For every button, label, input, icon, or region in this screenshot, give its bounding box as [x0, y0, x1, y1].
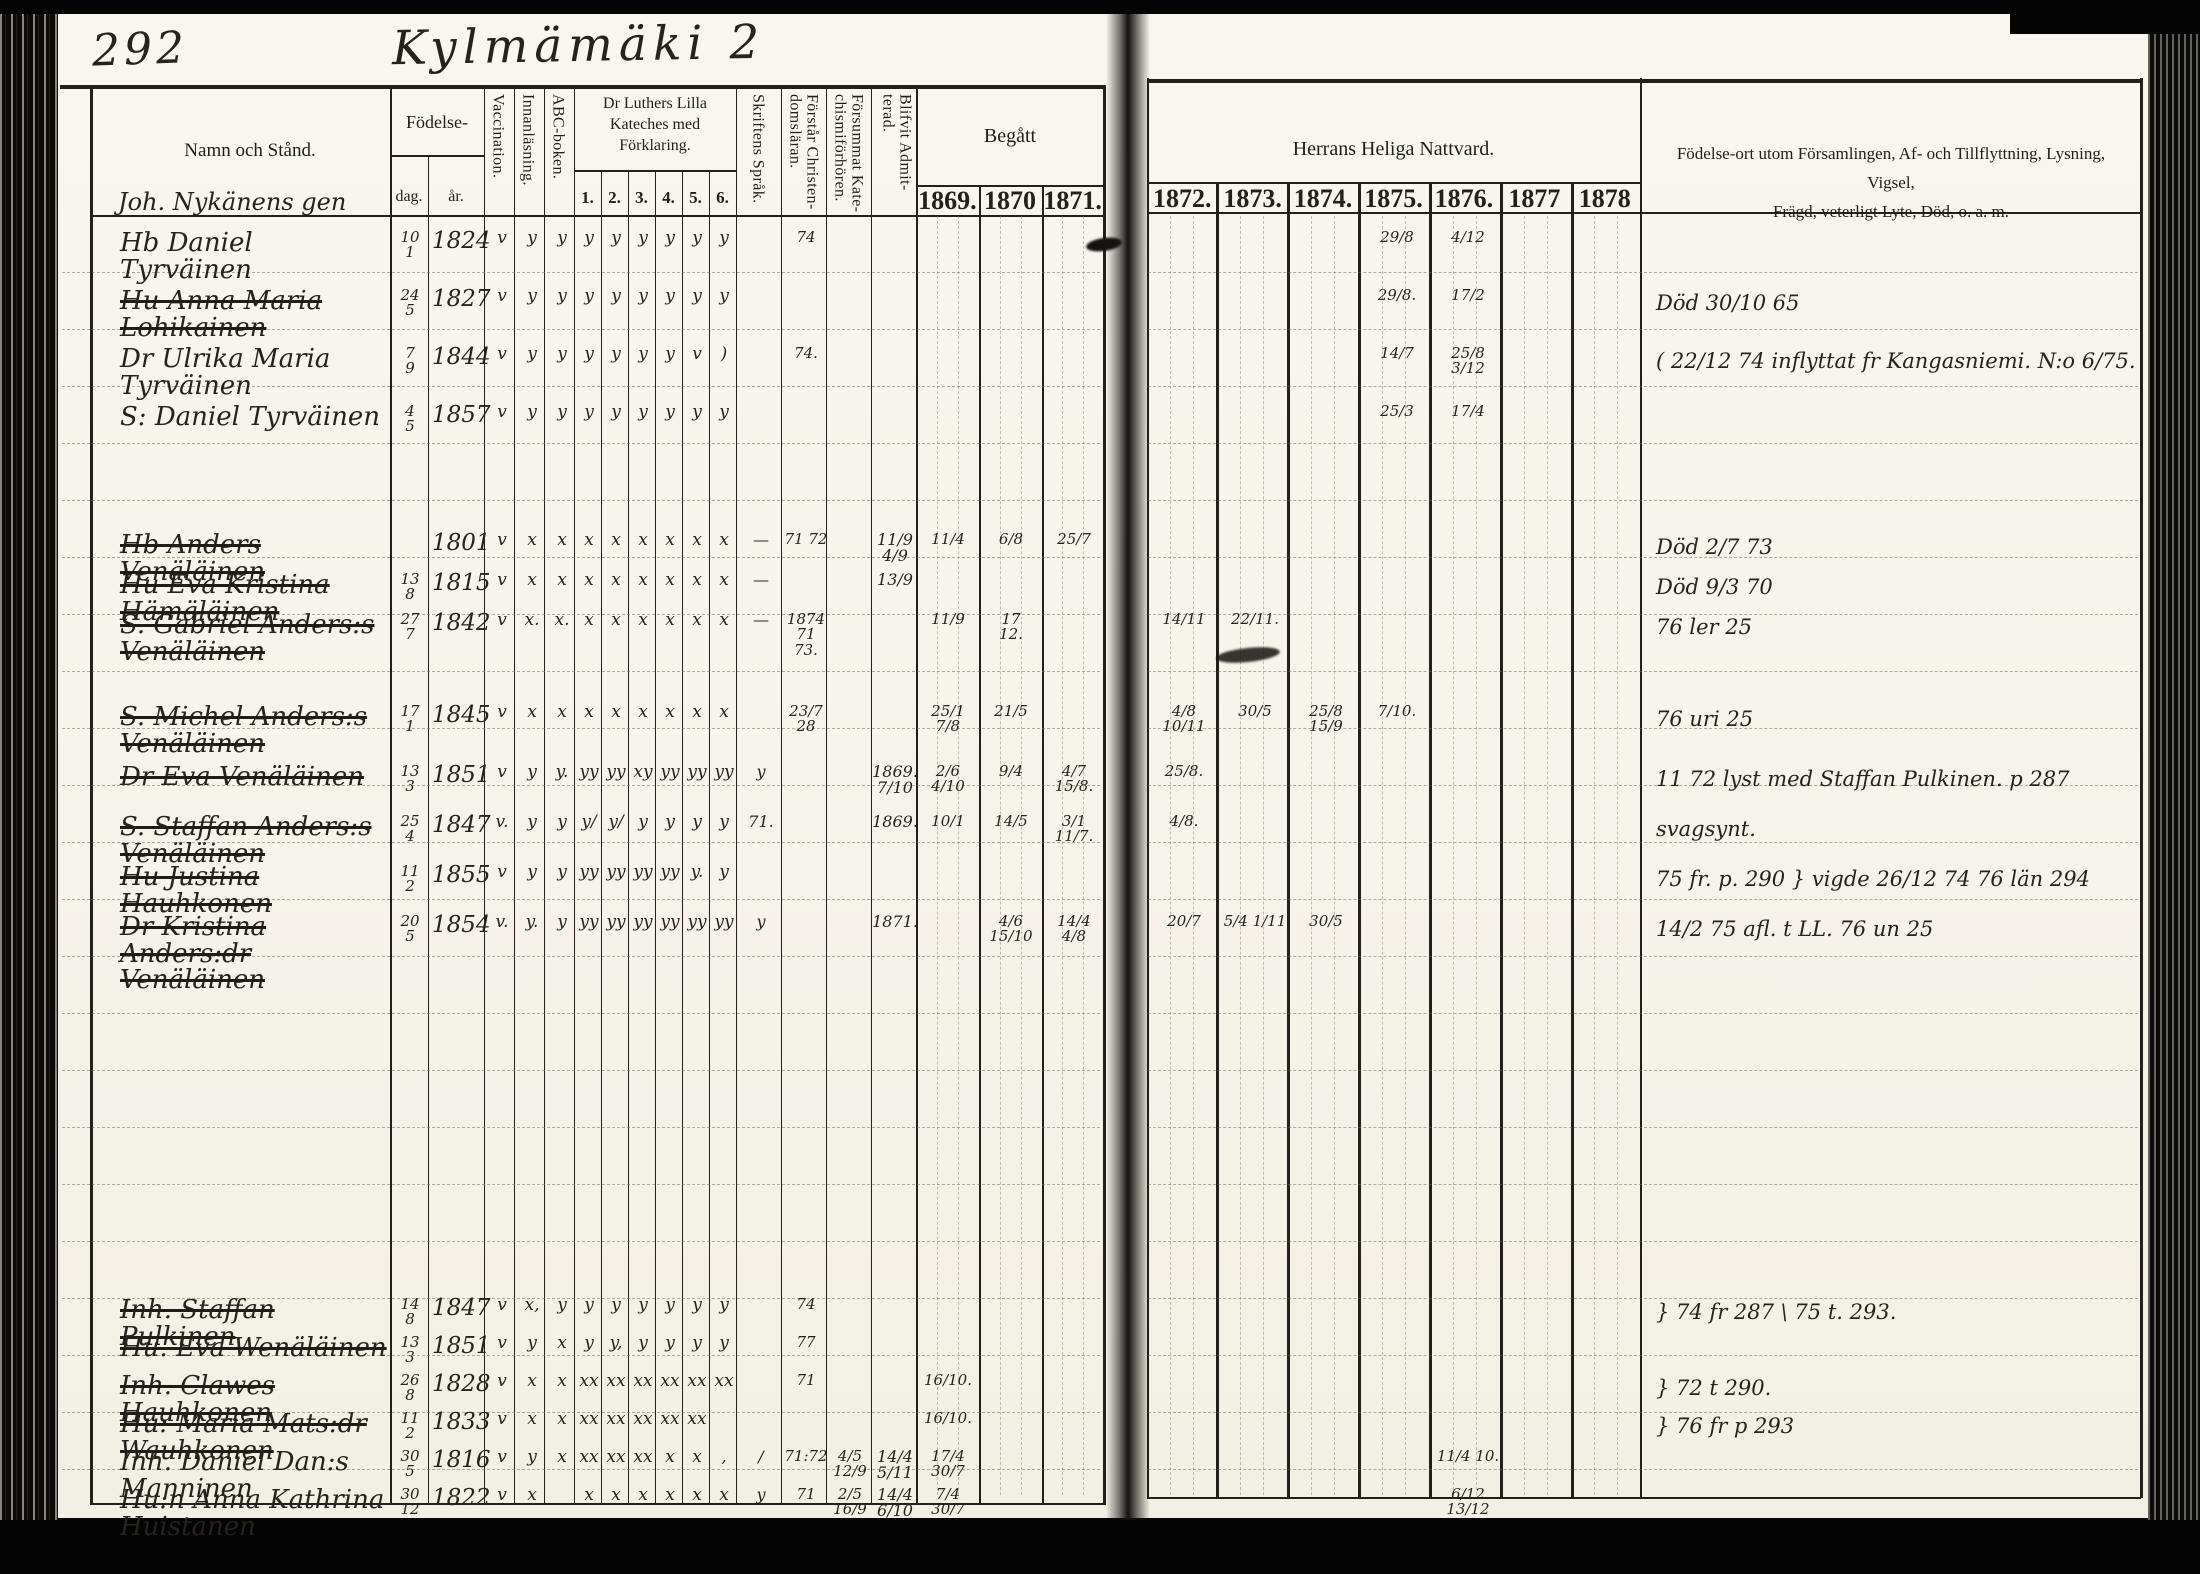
top-right-black-corner	[2010, 0, 2200, 34]
communion-1871: 25/7	[1044, 532, 1104, 547]
table-row: S. Staffan Anders:s Venäläinen 25 4 1847…	[60, 810, 2142, 860]
catechism-mark-3: y	[630, 288, 656, 305]
table-row: Hu Eva Kristina Hämäläinen 13 8 1815 v x…	[60, 568, 2142, 608]
abc-book-mark: x	[548, 572, 576, 589]
missed-exams-mark: 2/5 16/9	[828, 1487, 872, 1518]
catechism-mark-5: x	[684, 532, 710, 549]
understands-doctrine-mark: 1874 71 73.	[784, 612, 828, 658]
vaccination-mark: v	[488, 1411, 516, 1428]
reading-mark: y	[518, 1335, 546, 1352]
grid-line	[1148, 500, 2138, 501]
abc-book-mark: x	[548, 1411, 576, 1428]
catechism-mark-2: xx	[603, 1373, 629, 1390]
abc-book-mark: x	[548, 1335, 576, 1352]
reading-mark: y	[518, 764, 546, 781]
understands-doctrine-mark: 74	[784, 230, 828, 245]
catechism-mark-1: y	[576, 1297, 602, 1314]
grid-line	[1148, 1070, 2138, 1071]
catechism-mark-1: y/	[576, 814, 602, 831]
person-name: Hu Anna Maria Lohikainen	[120, 288, 390, 341]
grid-line	[574, 170, 737, 172]
catechism-mark-5: x	[684, 704, 710, 721]
vaccination-mark: v	[488, 612, 516, 629]
catechism-mark-1: yy	[576, 764, 602, 781]
abc-book-mark: x	[548, 1373, 576, 1390]
column-header-abc-book: ABC-boken.	[549, 94, 566, 214]
catechism-mark-3: xx	[630, 1449, 656, 1466]
catechism-mark-5: y.	[684, 864, 710, 881]
catechism-mark-5: x	[684, 572, 710, 589]
catechism-mark-5: yy	[684, 764, 710, 781]
catechism-part-number: 2.	[601, 188, 628, 208]
birth-year: 1833	[432, 1411, 486, 1434]
vaccination-mark: v	[488, 1487, 516, 1504]
communion-1875: 29/8	[1363, 230, 1431, 245]
catechism-mark-4: y	[657, 346, 683, 363]
catechism-mark-4: x	[657, 704, 683, 721]
vaccination-mark: v	[488, 1297, 516, 1314]
marginal-note: Död 2/7 73	[1656, 532, 2142, 564]
vaccination-mark: v	[488, 288, 516, 305]
marginal-note: Död 9/3 70	[1656, 572, 2142, 604]
top-black-margin	[0, 0, 2200, 14]
year-label: 1875.	[1358, 184, 1428, 214]
communion-1872: 25/8.	[1150, 764, 1218, 779]
marginal-note: svagsynt.	[1656, 814, 2142, 846]
abc-book-mark: y.	[548, 764, 576, 781]
catechism-part-number: 1.	[574, 188, 601, 208]
person-name: Hu:n Anna Kathrina Huistanen	[120, 1487, 390, 1540]
vaccination-mark: v.	[488, 914, 516, 931]
communion-1871: 3/1 11/7.	[1044, 814, 1104, 845]
person-name: S. Michel Anders:s Venäläinen	[120, 704, 390, 757]
birth-day: 25 4	[390, 814, 430, 845]
birth-day: 13 3	[390, 1335, 430, 1366]
communion-1871: 14/4 4/8	[1044, 914, 1104, 945]
catechism-mark-1: xx	[576, 1449, 602, 1466]
catechism-mark-6: yy	[711, 764, 737, 781]
catechism-mark-5: y	[684, 288, 710, 305]
understands-doctrine-mark: 74	[784, 1297, 828, 1312]
reading-mark: x	[518, 1373, 546, 1390]
catechism-mark-2: xx	[603, 1411, 629, 1428]
vaccination-mark: v	[488, 704, 516, 721]
reading-mark: x,	[518, 1297, 546, 1314]
understands-doctrine-mark: 77	[784, 1335, 828, 1350]
catechism-mark-1: y	[576, 404, 602, 421]
scripture-language-mark: y	[740, 1487, 782, 1503]
column-header-missed-exams: Försummat Kate- chismiförhören.	[831, 94, 866, 214]
table-row: Inh. Daniel Dan:s Manninen 30 5 1816 v y…	[60, 1445, 2142, 1483]
marginal-note: } 76 fr p 293	[1656, 1411, 2142, 1443]
birth-year: 1845	[432, 704, 486, 727]
catechism-mark-2: yy	[603, 764, 629, 781]
catechism-part-number: 5.	[682, 188, 709, 208]
abc-book-mark: x.	[548, 612, 576, 629]
birth-year: 1851	[432, 1335, 486, 1358]
birth-year: 1827	[432, 288, 486, 311]
birth-day: 13 8	[390, 572, 430, 603]
table-row: Hb Anders Venäläinen 1801 v x x x x x x …	[60, 528, 2142, 568]
table-row: Inh. Clawes Hauhkonen 26 8 1828 v x x xx…	[60, 1369, 2142, 1407]
scripture-language-mark: /	[740, 1449, 782, 1465]
marginal-note: } 72 t 290.	[1656, 1373, 2142, 1405]
catechism-part-number: 4.	[655, 188, 682, 208]
communion-1876: 17/4	[1434, 404, 1502, 419]
communion-1869: 11/4	[918, 532, 978, 547]
catechism-mark-4: xx	[657, 1411, 683, 1428]
communion-1869: 11/9	[918, 612, 978, 627]
abc-book-mark: x	[548, 704, 576, 721]
communion-1874: 25/8 15/9	[1292, 704, 1360, 735]
table-row: Dr Eva Venäläinen 13 3 1851 v y y. yy yy…	[60, 760, 2142, 810]
year-label: 1869.	[916, 186, 979, 216]
catechism-mark-6: x	[711, 572, 737, 589]
person-name: Dr Ulrika Maria Tyrväinen	[120, 346, 390, 399]
vaccination-mark: v	[488, 764, 516, 781]
catechism-mark-6: y	[711, 1297, 737, 1314]
understands-doctrine-mark: 71	[784, 1487, 828, 1502]
communion-1870: 21/5	[981, 704, 1041, 719]
year-label: 1871.	[1041, 186, 1104, 216]
abc-book-mark: y	[548, 914, 576, 931]
communion-1869: 2/6 4/10	[918, 764, 978, 795]
catechism-mark-2: y	[603, 288, 629, 305]
column-header-name: Namn och Stånd.	[120, 140, 380, 162]
table-row: S. Gabriel Anders:s Venäläinen 27 7 1842…	[60, 608, 2142, 648]
vaccination-mark: v	[488, 572, 516, 589]
abc-book-mark: y	[548, 404, 576, 421]
admitted-mark: 14/4 5/11	[872, 1449, 918, 1482]
birth-year: 1847	[432, 1297, 486, 1320]
communion-1870: 17 12.	[981, 612, 1041, 643]
communion-1870: 9/4	[981, 764, 1041, 779]
reading-mark: x	[518, 704, 546, 721]
household-group-3: Dr Eva Venäläinen 13 3 1851 v y y. yy yy…	[60, 760, 2142, 960]
communion-1869: 7/4 30/7	[918, 1487, 978, 1518]
table-row: S. Michel Anders:s Venäläinen 17 1 1845 …	[60, 700, 2142, 740]
admitted-mark: 1869. 7/10	[872, 764, 918, 797]
catechism-mark-5: y	[684, 814, 710, 831]
book-binding-edge	[0, 0, 58, 1574]
communion-1875: 14/7	[1363, 346, 1431, 361]
catechism-mark-5: y	[684, 230, 710, 247]
catechism-mark-5: x	[684, 612, 710, 629]
vaccination-mark: v	[488, 346, 516, 363]
abc-book-mark: x	[548, 1449, 576, 1466]
scripture-language-mark: —	[740, 612, 782, 628]
marginal-note: 76 ler 25	[1656, 612, 2142, 644]
grid-line	[62, 1241, 1100, 1242]
catechism-mark-4: xx	[657, 1373, 683, 1390]
communion-1876: 4/12	[1434, 230, 1502, 245]
scripture-language-mark: —	[740, 572, 782, 588]
catechism-mark-2: yy	[603, 864, 629, 881]
grid-line	[62, 1184, 1100, 1185]
catechism-mark-5: v	[684, 346, 710, 363]
table-row: S: Daniel Tyrväinen 4 5 1857 v y y y y y…	[60, 400, 2142, 458]
marginal-note: 14/2 75 afl. t LL. 76 un 25	[1656, 914, 2142, 946]
column-header-understands-doctrine: Förstår Christen- domsläran.	[786, 94, 821, 214]
year-label: 1878	[1570, 184, 1640, 214]
communion-1869: 16/10.	[918, 1373, 978, 1388]
reading-mark: y	[518, 230, 546, 247]
column-header-vaccination: Vaccination.	[489, 94, 506, 214]
communion-1873: 30/5	[1221, 704, 1289, 719]
catechism-mark-3: y	[630, 404, 656, 421]
catechism-mark-5: x	[684, 1487, 710, 1504]
catechism-mark-6: y	[711, 1335, 737, 1352]
person-name: Dr Eva Venäläinen	[120, 764, 390, 791]
reading-mark: x	[518, 1487, 546, 1504]
table-row: Hb Daniel Tyrväinen 10 1 1824 v y y y y …	[60, 226, 2142, 284]
table-row: Hu. Eva Wenäläinen 13 3 1851 v y x y y, …	[60, 1331, 2142, 1369]
birth-day: 30 5	[390, 1449, 430, 1480]
communion-1872: 14/11	[1150, 612, 1218, 627]
catechism-mark-5: xx	[684, 1411, 710, 1428]
catechism-mark-6: yy	[711, 914, 737, 931]
catechism-mark-2: yy	[603, 914, 629, 931]
catechism-mark-3: yy	[630, 914, 656, 931]
birth-year: 1854	[432, 914, 486, 937]
catechism-mark-3: y	[630, 1297, 656, 1314]
catechism-mark-4: y	[657, 404, 683, 421]
column-header-communion-taken: Begått	[916, 125, 1104, 148]
communion-1872: 4/8 10/11	[1150, 704, 1218, 735]
catechism-mark-6: xx	[711, 1373, 737, 1390]
communion-1875: 25/3	[1363, 404, 1431, 419]
catechism-mark-3: x	[630, 1487, 656, 1504]
birth-year: 1842	[432, 612, 486, 635]
communion-1871: 4/7 15/8.	[1044, 764, 1104, 795]
scripture-language-mark: y	[740, 764, 782, 780]
vaccination-mark: v	[488, 1449, 516, 1466]
year-label: 1877	[1499, 184, 1569, 214]
grid-line	[1148, 1127, 2138, 1128]
column-header-catechism: Dr Luthers Lilla Kateches med Förklaring…	[576, 94, 734, 156]
column-header-holy-communion: Herrans Heliga Nattvard.	[1147, 138, 1640, 161]
catechism-mark-4: x	[657, 612, 683, 629]
understands-doctrine-mark: 71 72	[784, 532, 828, 547]
scanned-church-record-page: 292 Kylmämäki 2 Namn och Stånd. Födelse-…	[0, 0, 2200, 1574]
birth-day: 17 1	[390, 704, 430, 735]
table-row: Inh. Staffan Pulkinen 14 8 1847 v x, y y…	[60, 1293, 2142, 1331]
household-heading: Joh. Nykänens gen	[118, 188, 346, 216]
communion-1872: 20/7	[1150, 914, 1218, 929]
missed-exams-mark: 4/5 12/9	[828, 1449, 872, 1480]
catechism-mark-4: x	[657, 1449, 683, 1466]
catechism-mark-6: x	[711, 532, 737, 549]
grid-line	[1148, 1241, 2138, 1242]
catechism-mark-4: x	[657, 532, 683, 549]
reading-mark: x	[518, 532, 546, 549]
vaccination-mark: v	[488, 1373, 516, 1390]
catechism-mark-2: x	[603, 704, 629, 721]
household-group-2: Hb Anders Venäläinen 1801 v x x x x x x …	[60, 528, 2142, 740]
admitted-mark: 1869.	[872, 814, 918, 830]
catechism-mark-2: x	[603, 572, 629, 589]
person-name: Hu. Eva Wenäläinen	[120, 1335, 390, 1362]
catechism-mark-3: x	[630, 572, 656, 589]
understands-doctrine-mark: 74.	[784, 346, 828, 361]
table-row: Dr Kristina Anders:dr Venäläinen 20 5 18…	[60, 910, 2142, 960]
abc-book-mark: x	[548, 532, 576, 549]
table-row: Dr Ulrika Maria Tyrväinen 7 9 1844 v y y…	[60, 342, 2142, 400]
communion-1876: 6/12 13/12	[1434, 1487, 1502, 1518]
catechism-mark-2: x	[603, 532, 629, 549]
catechism-mark-2: y	[603, 230, 629, 247]
reading-mark: x	[518, 572, 546, 589]
birth-year: 1857	[432, 404, 486, 427]
communion-1876: 17/2	[1434, 288, 1502, 303]
column-header-day: dag.	[390, 188, 428, 206]
birth-day: 11 2	[390, 864, 430, 895]
catechism-mark-2: y,	[603, 1335, 629, 1352]
person-name: S: Daniel Tyrväinen	[120, 404, 390, 431]
catechism-mark-4: y	[657, 1335, 683, 1352]
catechism-mark-5: y	[684, 404, 710, 421]
admitted-mark: 13/9	[872, 572, 918, 588]
communion-years-left: 1869.18701871.	[916, 186, 1104, 216]
communion-1873: 5/4 1/11	[1221, 914, 1289, 929]
catechism-part-number: 6.	[709, 188, 736, 208]
table-row: Hu Justina Hauhkonen 11 2 1855 v y y yy …	[60, 860, 2142, 910]
abc-book-mark: y	[548, 346, 576, 363]
catechism-mark-1: y	[576, 346, 602, 363]
catechism-mark-4: yy	[657, 764, 683, 781]
catechism-mark-1: x	[576, 1487, 602, 1504]
communion-1870: 4/6 15/10	[981, 914, 1041, 945]
catechism-mark-6: y	[711, 864, 737, 881]
reading-mark: y	[518, 404, 546, 421]
catechism-mark-6: y	[711, 404, 737, 421]
person-name: Hb Daniel Tyrväinen	[120, 230, 390, 283]
vaccination-mark: v.	[488, 814, 516, 831]
birth-year: 1822	[432, 1487, 486, 1510]
catechism-mark-1: xx	[576, 1373, 602, 1390]
year-label: 1876.	[1429, 184, 1499, 214]
catechism-mark-2: y/	[603, 814, 629, 831]
grid-line	[1147, 79, 2143, 83]
catechism-mark-3: y	[630, 814, 656, 831]
communion-1869: 17/4 30/7	[918, 1449, 978, 1480]
birth-day: 4 5	[390, 404, 430, 435]
birth-year: 1851	[432, 764, 486, 787]
admitted-mark: 14/4 6/10	[872, 1487, 918, 1520]
catechism-mark-6: x	[711, 1487, 737, 1504]
birth-day: 13 3	[390, 764, 430, 795]
communion-1876: 25/8 3/12	[1434, 346, 1502, 377]
scripture-language-mark: 71.	[740, 814, 782, 830]
communion-1872: 4/8.	[1150, 814, 1218, 829]
column-header-scripture-language: Skriftens Språk.	[749, 94, 766, 214]
reading-mark: y	[518, 864, 546, 881]
table-row: Hu: Maria Mats:dr Wauhkonen 11 2 1833 v …	[60, 1407, 2142, 1445]
column-header-reading: Innanläsning.	[519, 94, 536, 214]
admitted-mark: 11/9 4/9	[872, 532, 918, 565]
catechism-mark-1: yy	[576, 914, 602, 931]
table-row: Hu Anna Maria Lohikainen 24 5 1827 v y y…	[60, 284, 2142, 342]
reading-mark: x	[518, 1411, 546, 1428]
birth-year: 1816	[432, 1449, 486, 1472]
birth-year: 1855	[432, 864, 486, 887]
birth-day: 10 1	[390, 230, 430, 261]
catechism-mark-3: yy	[630, 864, 656, 881]
catechism-mark-6: x	[711, 612, 737, 629]
catechism-mark-1: x	[576, 532, 602, 549]
birth-day: 30 12	[390, 1487, 430, 1518]
year-label: 1873.	[1217, 184, 1287, 214]
catechism-mark-4: y	[657, 288, 683, 305]
admitted-mark: 1871.	[872, 914, 918, 930]
marginal-note: 75 fr. p. 290 } vigde 26/12 74 76 län 29…	[1656, 864, 2142, 896]
communion-1870: 14/5	[981, 814, 1041, 829]
grid-line	[1148, 1013, 2138, 1014]
vaccination-mark: v	[488, 404, 516, 421]
understands-doctrine-mark: 71	[784, 1373, 828, 1388]
catechism-mark-1: x	[576, 704, 602, 721]
catechism-mark-5: xx	[684, 1373, 710, 1390]
birth-day: 7 9	[390, 346, 430, 377]
household-group-4: Inh. Staffan Pulkinen 14 8 1847 v x, y y…	[60, 1293, 2142, 1521]
marginal-note: 11 72 lyst med Staffan Pulkinen. p 287	[1656, 764, 2142, 796]
catechism-mark-2: x	[603, 612, 629, 629]
catechism-mark-6: y	[711, 288, 737, 305]
catechism-mark-2: xx	[603, 1449, 629, 1466]
communion-1869: 16/10.	[918, 1411, 978, 1426]
grid-line	[62, 1127, 1100, 1128]
grid-line	[60, 85, 1105, 89]
catechism-mark-5: yy	[684, 914, 710, 931]
catechism-mark-3: xx	[630, 1373, 656, 1390]
catechism-subcolumns: 1.2.3.4.5.6.	[574, 188, 736, 208]
vaccination-mark: v	[488, 864, 516, 881]
birth-day: 26 8	[390, 1373, 430, 1404]
catechism-mark-4: y	[657, 230, 683, 247]
catechism-mark-3: y	[630, 346, 656, 363]
catechism-mark-1: x	[576, 572, 602, 589]
communion-1874: 30/5	[1292, 914, 1360, 929]
person-name: S. Gabriel Anders:s Venäläinen	[120, 612, 390, 665]
catechism-mark-4: yy	[657, 914, 683, 931]
right-page-edge	[2148, 0, 2200, 1574]
birth-year: 1801	[432, 532, 486, 555]
catechism-mark-4: y	[657, 1297, 683, 1314]
birth-year: 1847	[432, 814, 486, 837]
birth-day: 20 5	[390, 914, 430, 945]
reading-mark: y	[518, 814, 546, 831]
abc-book-mark: y	[548, 814, 576, 831]
grid-line	[62, 1013, 1100, 1014]
marginal-note: ( 22/12 74 inflyttat fr Kangasniemi. N:o…	[1656, 346, 2142, 378]
catechism-mark-4: x	[657, 572, 683, 589]
catechism-part-number: 3.	[628, 188, 655, 208]
grid-line	[62, 500, 1100, 501]
page-number: 292	[91, 22, 189, 76]
vaccination-mark: v	[488, 532, 516, 549]
birth-day: 27 7	[390, 612, 430, 643]
catechism-mark-6: )	[711, 346, 737, 363]
catechism-mark-2: y	[603, 346, 629, 363]
catechism-mark-1: x	[576, 612, 602, 629]
vaccination-mark: v	[488, 1335, 516, 1352]
catechism-mark-6: y	[711, 814, 737, 831]
scripture-language-mark: —	[740, 532, 782, 548]
year-label: 1874.	[1288, 184, 1358, 214]
catechism-mark-4: y	[657, 814, 683, 831]
grid-line	[62, 1070, 1100, 1071]
catechism-mark-6: ,	[711, 1449, 737, 1466]
